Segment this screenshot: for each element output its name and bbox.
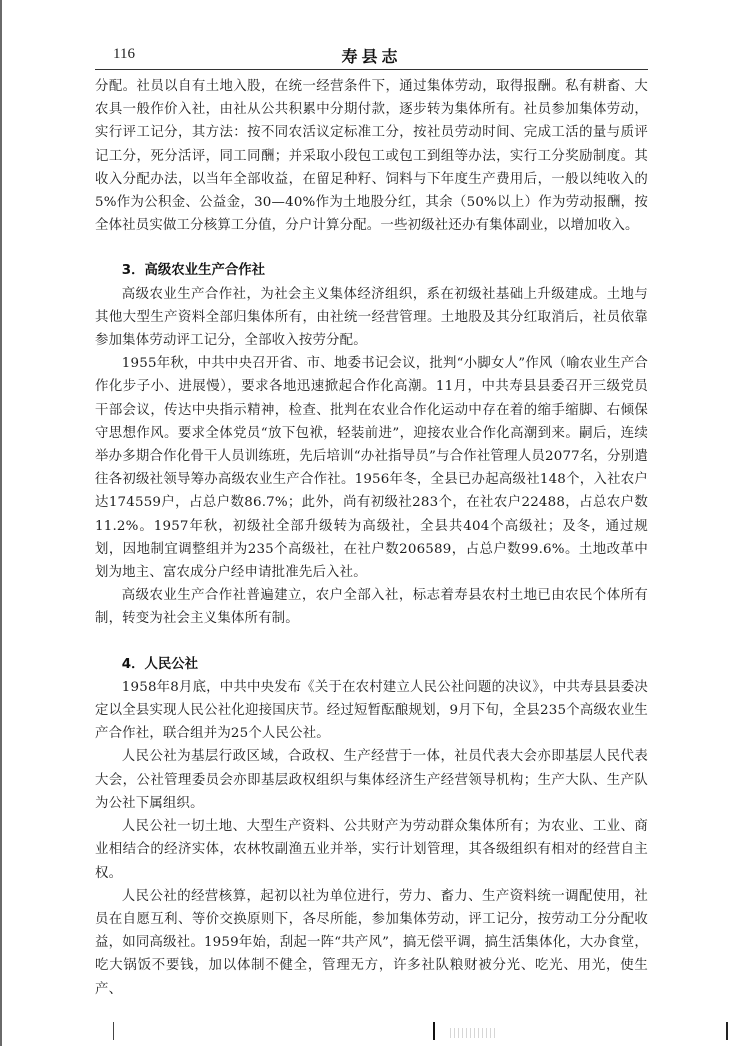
section-heading: 3．高级农业生产合作社 (95, 259, 648, 282)
paragraph: 高级农业生产合作社普遍建立，农户全部入社，标志着寿县农村土地已由农民个体所有制，… (95, 584, 648, 630)
paragraph: 人民公社的经营核算，起初以社为单位进行，劳力、畜力、生产资料统一调配使用，社员在… (95, 885, 648, 1001)
running-title: 寿县志 (95, 44, 648, 67)
scan-mark (433, 1022, 435, 1040)
scan-footer-marks (0, 1022, 747, 1044)
scan-mark (113, 1022, 114, 1040)
page-header: 116 寿县志 (95, 40, 648, 68)
scan-left-edge (0, 0, 2, 1046)
paragraph-continued: 分配。社员以自有土地入股，在统一经营条件下，通过集体劳动，取得报酬。私有耕畜、大… (95, 75, 648, 237)
header-rule (95, 69, 648, 70)
page-body: 分配。社员以自有土地入股，在统一经营条件下，通过集体劳动，取得报酬。私有耕畜、大… (95, 75, 648, 1001)
scan-speckle (450, 1028, 496, 1038)
paragraph: 1955年秋，中共中央召开省、市、地委书记会议，批判“小脚女人”作风（喻农业生产… (95, 352, 648, 584)
paragraph: 人民公社为基层行政区域，合政权、生产经营于一体，社员代表大会亦即基层人民代表大会… (95, 745, 648, 815)
paragraph: 人民公社一切土地、大型生产资料、公共财产为劳动群众集体所有；为农业、工业、商业相… (95, 815, 648, 885)
scan-mark (726, 1022, 728, 1040)
paragraph: 高级农业生产合作社，为社会主义集体经济组织，系在初级社基础上升级建成。土地与其他… (95, 283, 648, 353)
section-heading: 4．人民公社 (95, 653, 648, 676)
paragraph: 1958年8月底，中共中央发布《关于在农村建立人民公社问题的决议》，中共寿县县委… (95, 676, 648, 746)
section-advanced-cooperatives: 3．高级农业生产合作社 高级农业生产合作社，为社会主义集体经济组织，系在初级社基… (95, 259, 648, 630)
section-peoples-commune: 4．人民公社 1958年8月底，中共中央发布《关于在农村建立人民公社问题的决议》… (95, 653, 648, 1001)
